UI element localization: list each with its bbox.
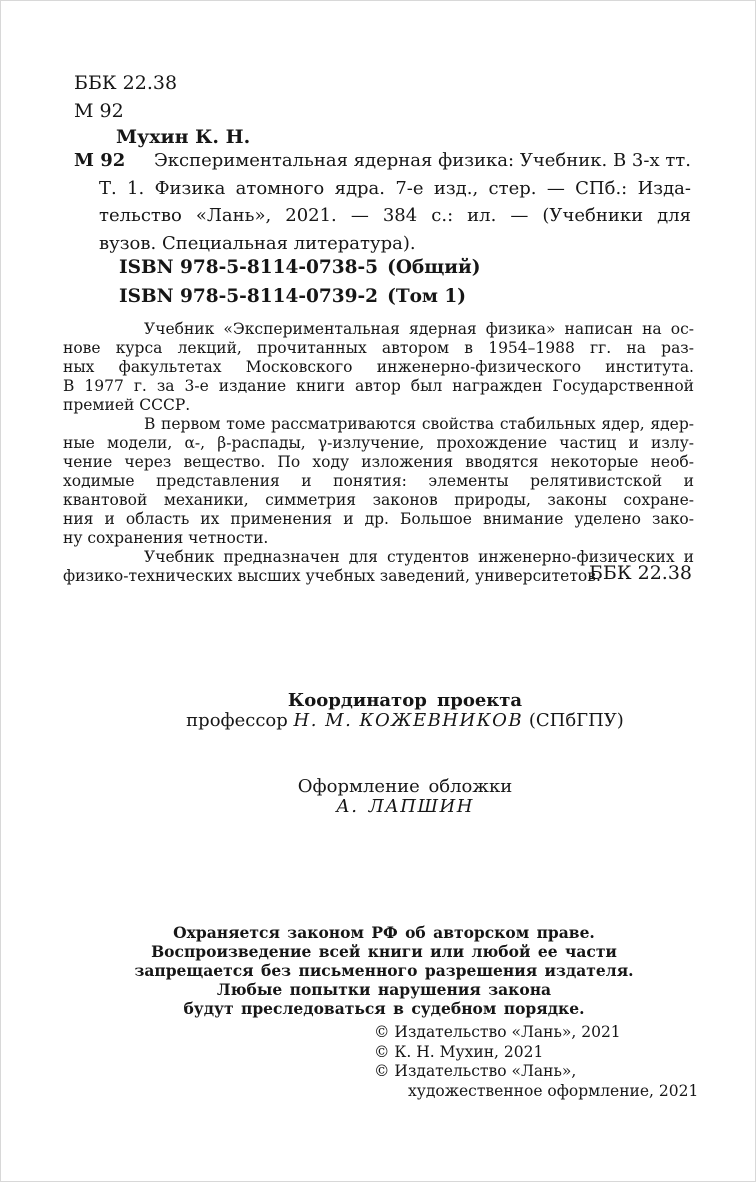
isbn-note: (Общий) [387,257,480,278]
bibliographic-entry: М 92 Экспериментальная ядерная физика: У… [99,147,691,257]
coordinator-heading: Координатор проекта [119,691,691,711]
bbk-code-top: ББК 22.38 [74,69,177,97]
isbn-note: (Том 1) [387,286,466,307]
entry-line: тельство «Лань», 2021. — 384 с.: ил. — (… [99,202,691,230]
coordinator-name: Н. М. КОЖЕВНИКОВ [294,710,524,731]
legal-line: Воспроизведение всей книги или любой ее … [74,942,694,961]
legal-notice: Охраняется законом РФ об авторском праве… [74,923,694,1018]
annotation-line: ных факультетах Московского инженерно-фи… [63,358,694,377]
entry-author-mark: М 92 [74,147,125,175]
coordinator-title: профессор [186,710,293,731]
coordinator-block: Координатор проекта профессор Н. М. КОЖЕ… [119,691,691,730]
isbn-block: ISBN 978-5-8114-0738-5(Общий) ISBN 978-5… [119,253,480,311]
legal-line: Охраняется законом РФ об авторском праве… [74,923,694,942]
annotation-line: нове курса лекций, прочитанных автором в… [63,339,694,358]
annotation-line: В 1977 г. за 3-е издание книги автор был… [63,377,694,396]
entry-line: Экспериментальная ядерная физика: Учебни… [99,147,691,175]
annotation-line: ходимые представления и понятия: элемент… [63,472,694,491]
book-imprint-page: ББК 22.38 М 92 Мухин К. Н. М 92 Эксперим… [0,0,756,1182]
classification-block: ББК 22.38 М 92 [74,69,177,125]
isbn-code: ISBN 978-5-8114-0738-5 [119,257,378,278]
copyright-block: © Издательство «Лань», 2021 © К. Н. Мухи… [374,1023,698,1101]
copyright-line: © К. Н. Мухин, 2021 [374,1043,698,1063]
annotation-line: ну сохранения четности. [63,529,694,548]
annotation-line: ные модели, α-, β-распады, γ-излучение, … [63,434,694,453]
cover-design-block: Оформление обложки А. ЛАПШИН [119,777,691,816]
legal-line: будут преследоваться в судебном порядке. [74,999,694,1018]
annotation: Учебник «Экспериментальная ядерная физик… [63,320,694,586]
copyright-line: © Издательство «Лань», [374,1062,698,1082]
cover-design-heading: Оформление обложки [119,777,691,797]
annotation-line: премией СССР. [63,396,694,415]
copyright-line: художественное оформление, 2021 [374,1082,698,1102]
isbn-line: ISBN 978-5-8114-0738-5(Общий) [119,253,480,282]
legal-line: Любые попытки нарушения закона [74,980,694,999]
bbk-code-bottom: ББК 22.38 [589,559,692,587]
coordinator-affiliation: (СПбГПУ) [523,710,624,731]
annotation-line: Учебник «Экспериментальная ядерная физик… [63,320,694,339]
annotation-line: В первом томе рассматриваются свойства с… [63,415,694,434]
annotation-line: ния и область их применения и др. Большо… [63,510,694,529]
entry-line: Т. 1. Физика атомного ядра. 7-е изд., ст… [99,175,691,203]
cover-designer-name: А. ЛАПШИН [119,797,691,817]
legal-line: запрещается без письменного разрешения и… [74,961,694,980]
author-mark-top: М 92 [74,97,177,125]
isbn-line: ISBN 978-5-8114-0739-2(Том 1) [119,282,480,311]
annotation-line: квантовой механики, симметрия законов пр… [63,491,694,510]
annotation-line: чение через вещество. По ходу изложения … [63,453,694,472]
isbn-code: ISBN 978-5-8114-0739-2 [119,286,378,307]
coordinator-name-line: профессор Н. М. КОЖЕВНИКОВ (СПбГПУ) [119,711,691,731]
copyright-line: © Издательство «Лань», 2021 [374,1023,698,1043]
